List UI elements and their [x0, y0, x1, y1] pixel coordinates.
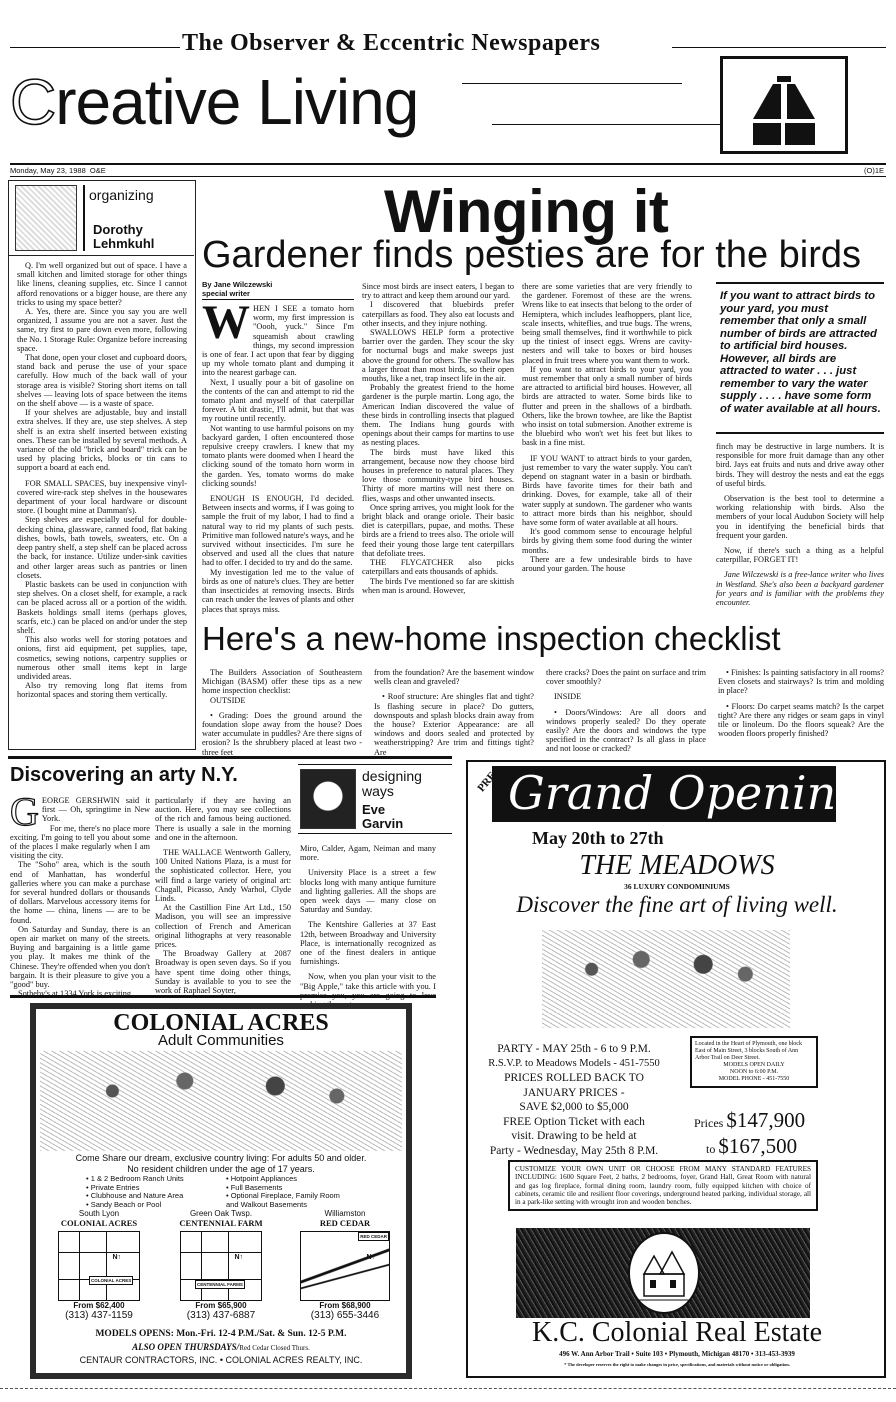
paragraph: Also try removing long flat items from h… — [17, 681, 187, 699]
paragraph: Next, I usually pour a bit of gasoline o… — [202, 378, 354, 424]
paragraph: Probably the greatest friend to the home… — [362, 383, 514, 447]
party-line: Party - Wednesday, May 25th 8 P.M. — [474, 1144, 674, 1159]
location-phone: (313) 655-3446 — [288, 1310, 402, 1321]
dropcap-g: G — [10, 796, 39, 828]
checklist-col-3: there cracks? Does the paint on surface … — [546, 668, 706, 754]
party-line: PARTY - MAY 25th - 6 to 9 P.M. — [474, 1042, 674, 1057]
designing-ways-header: designing ways Eve Garvin — [298, 764, 452, 834]
north-arrow-icon: N↑ — [112, 1254, 121, 1261]
author-name: Eve Garvin — [362, 803, 403, 831]
paragraph: I discovered that bluebirds prefer cater… — [362, 300, 514, 328]
prices-label: Prices — [694, 1116, 723, 1130]
paragraph: Observation is the best tool to determin… — [716, 494, 884, 540]
paragraph: The Builders Association of Southeastern… — [202, 668, 362, 696]
opening-dates: May 20th to 27th — [532, 828, 664, 849]
intro-line-1: Come Share our dream, exclusive country … — [36, 1153, 406, 1164]
location-south-lyon: South Lyon COLONIAL ACRES COLONIAL ACRES… — [44, 1209, 154, 1321]
mansion-emblem-icon — [628, 1232, 700, 1314]
colonial-acres-ad[interactable]: COLONIAL ACRES Adult Communities Come Sh… — [30, 1003, 412, 1379]
prices-to: to — [706, 1142, 715, 1156]
organizing-body: Q. I'm well organized but out of space. … — [17, 261, 187, 700]
dateline-rule-top — [10, 163, 886, 165]
arty-col-3: Miro, Calder, Agam, Neiman and many more… — [300, 844, 436, 1009]
winging-subhead: Gardener finds pesties are for the birds — [202, 236, 861, 274]
paragraph: ENOUGH IS ENOUGH, I'd decided. Between i… — [202, 494, 354, 568]
paragraph: On Saturday and Sunday, there is an open… — [10, 925, 150, 989]
title-rule-2 — [492, 124, 720, 125]
colonial-intro: Come Share our dream, exclusive country … — [36, 1153, 406, 1175]
price-high: $167,500 — [718, 1134, 797, 1158]
colonial-hours: MODELS OPENS: Mon.-Fri. 12-4 P.M./Sat. &… — [36, 1329, 406, 1339]
winging-col-2: Since most birds are insect eaters, I be… — [362, 282, 514, 595]
author-note: Jane Wilczewski is a free-lance writer w… — [716, 570, 884, 607]
location-williamston: Williamston RED CEDAR RED CEDAR N↑ From … — [288, 1209, 402, 1321]
location-map: COLONIAL ACRES N↑ — [58, 1231, 140, 1301]
subhead-inside: INSIDE — [546, 692, 706, 701]
location-town: Green Oak Twsp. — [166, 1209, 276, 1218]
creative-living-logo — [720, 56, 848, 154]
masthead-rule-left — [10, 47, 180, 48]
author-first-name: Eve — [362, 803, 403, 817]
checklist-col-4: • Finishes: Is painting satisfactory in … — [718, 668, 884, 738]
feature-item: and Walkout Basements — [226, 1201, 386, 1210]
location-price: From $65,900 — [166, 1301, 276, 1310]
paragraph: The "Soho" area, which is the south end … — [10, 860, 150, 924]
map-marker-label: RED CEDAR — [358, 1232, 389, 1241]
edition-text: O&E — [90, 166, 106, 175]
party-line: SAVE $2,000 to $5,000 — [474, 1100, 674, 1115]
paragraph: This also works well for storing potatoe… — [17, 635, 187, 681]
colonial-thursday: ALSO OPEN THURSDAYS/Red Cedar Closed Thu… — [36, 1342, 406, 1353]
feature-item: • Sandy Beach or Pool — [86, 1201, 226, 1210]
meadows-tagline: Discover the fine art of living well. — [468, 892, 886, 918]
party-line: PRICES ROLLED BACK TO — [474, 1071, 674, 1086]
location-town: South Lyon — [44, 1209, 154, 1218]
location-green-oak: Green Oak Twsp. CENTENNIAL FARM CENTENNI… — [166, 1209, 276, 1321]
map-marker-label: CENTENNIAL FARMS — [195, 1280, 245, 1289]
checklist-item-finishes: • Finishes: Is painting satisfactory in … — [718, 668, 884, 696]
disclaimer: * The developer reserves the right to ma… — [468, 1362, 886, 1367]
location-price: From $68,900 — [288, 1301, 402, 1310]
checklist-col-1: The Builders Association of Southeastern… — [202, 668, 362, 757]
paragraph: particularly if they are having an aucti… — [155, 796, 291, 842]
paragraph: finch may be destructive in large number… — [716, 442, 884, 488]
paragraph: THE FLYCATCHER also picks caterpillars a… — [362, 558, 514, 576]
realtor-address: 496 W. Ann Arbor Trail • Suite 103 • Ply… — [468, 1350, 886, 1358]
dateline-date: Monday, May 23, 1988 O&E — [10, 166, 106, 175]
meadows-name: THE MEADOWS — [468, 850, 886, 882]
paragraph: The Broadway Gallery at 2087 Broadway is… — [155, 949, 291, 995]
subhead-outside: OUTSIDE — [202, 696, 362, 705]
paragraph: Since most birds are insect eaters, I be… — [362, 282, 514, 300]
paragraph: IF YOU WANT to attract birds to your gar… — [522, 454, 692, 528]
winging-col-1: W HEN I SEE a tomato horn worm, my first… — [202, 304, 354, 614]
paragraph: Step shelves are especially useful for d… — [17, 515, 187, 579]
thursday-label: ALSO OPEN THURSDAYS/ — [132, 1342, 239, 1352]
page-number: (O)1E — [864, 166, 884, 175]
paragraph: The birds I've mentioned so far are skit… — [362, 577, 514, 595]
meadows-ad[interactable]: Grand Opening PRE May 20th to 27th THE M… — [466, 760, 886, 1378]
paragraph: University Place is a street a few block… — [300, 868, 436, 914]
north-arrow-icon: N↑ — [366, 1254, 375, 1261]
checklist-headline: Here's a new-home inspection checklist — [202, 622, 781, 655]
checklist-item-doors: • Doors/Windows: Are all doors and windo… — [546, 708, 706, 754]
paragraph: Now, if there's such a thing as a helpfu… — [716, 546, 884, 564]
organizing-column: organizing Dorothy Lehmkuhl Q. I'm well … — [8, 180, 196, 750]
house-icon — [723, 59, 845, 151]
column-label-line-2: ways — [362, 784, 422, 799]
paragraph: A. Yes, there are. Since you say you are… — [17, 307, 187, 353]
meadows-units: 36 LUXURY CONDOMINIUMS — [468, 882, 886, 891]
north-arrow-icon: N↑ — [234, 1254, 243, 1261]
paragraph: There are a few undesirable birds to hav… — [522, 555, 692, 573]
mansion-icon — [630, 1234, 698, 1312]
price-range-high: to $167,500 — [706, 1134, 797, 1159]
section-title-rest: reative Living — [55, 66, 418, 138]
paragraph: Q. I'm well organized but out of space. … — [17, 261, 187, 307]
paragraph: That done, open your closet and cupboard… — [17, 353, 187, 408]
byline-name: By Jane Wilczewski — [202, 280, 352, 289]
location-phone: (313) 437-1159 — [44, 1310, 154, 1321]
location-box: Located in the Heart of Plymouth, one bl… — [690, 1036, 818, 1088]
paragraph: The birds must have liked this arrangeme… — [362, 448, 514, 503]
paragraph: there are some varieties that are very f… — [522, 282, 692, 365]
paragraph: THE WALLACE Wentworth Gallery, 100 Unite… — [155, 848, 291, 903]
location-text: Located in the Heart of Plymouth, one bl… — [695, 1041, 813, 1062]
map-marker-label: COLONIAL ACRES — [89, 1276, 133, 1285]
paragraph: Not wanting to use harmful poisons on my… — [202, 424, 354, 488]
colonial-companies: CENTAUR CONTRACTORS, INC. • COLONIAL ACR… — [36, 1355, 406, 1365]
paragraph: FOR SMALL SPACES, buy inexpensive vinyl-… — [17, 479, 187, 516]
author-name: Dorothy Lehmkuhl — [93, 223, 154, 251]
checklist-col-2: from the foundation? Are the basement wi… — [374, 668, 534, 757]
masthead-rule-right — [672, 47, 886, 48]
author-portrait-garvin — [300, 769, 356, 829]
arty-col-1: G EORGE GERSHWIN said it first — Oh, spr… — [10, 796, 150, 998]
checklist-item-grading: • Grading: Does the ground around the fo… — [202, 711, 362, 757]
section-title: Creative Living — [10, 70, 418, 134]
party-line: JANUARY PRICES - — [474, 1086, 674, 1101]
author-portrait-lehmkuhl — [15, 185, 77, 251]
features-right: • Hotpoint Appliances • Full Basements •… — [226, 1175, 386, 1209]
model-phone: MODEL PHONE - 451-7550 — [695, 1076, 813, 1083]
grand-opening-banner: Grand Opening — [492, 766, 836, 822]
paragraph: The Kentshire Galleries at 37 East 12th,… — [300, 920, 436, 966]
pullquote-rule-bottom — [716, 432, 884, 434]
location-phone: (313) 437-6887 — [166, 1310, 276, 1321]
realtor-name: K.C. Colonial Real Estate — [468, 1318, 886, 1348]
paragraph: My investigation led me to the value of … — [202, 568, 354, 614]
header-divider — [83, 185, 85, 251]
page-bottom-edge — [0, 1388, 896, 1389]
dropcap-w: W — [202, 304, 250, 342]
paragraph: Plastic baskets can be used in conjuncti… — [17, 580, 187, 635]
features-box: CUSTOMIZE YOUR OWN UNIT OR CHOOSE FROM M… — [508, 1160, 818, 1211]
paragraph: It's good commom sense to encourage help… — [522, 527, 692, 555]
paragraph: there cracks? Does the paint on surface … — [546, 668, 706, 686]
condominium-illustration — [542, 930, 790, 1028]
arty-rule-bottom — [10, 995, 436, 998]
date-text: Monday, May 23, 1988 — [10, 166, 86, 175]
ranch-house-illustration — [40, 1051, 402, 1151]
party-line: FREE Option Ticket with each — [474, 1115, 674, 1130]
author-first-name: Dorothy — [93, 223, 154, 237]
party-line: visit. Drawing to be held at — [474, 1129, 674, 1144]
column-label-line-1: designing — [362, 769, 422, 784]
models-hours-2: NOON to 6:00 P.M. — [695, 1069, 813, 1076]
paragraph: If you want to attract birds to your yar… — [522, 365, 692, 448]
author-last-name: Garvin — [362, 817, 403, 831]
pull-quote: If you want to attract birds to your yar… — [720, 290, 882, 415]
organizing-header: organizing Dorothy Lehmkuhl — [9, 181, 194, 256]
features-left: • 1 & 2 Bedroom Ranch Units • Private En… — [86, 1175, 226, 1209]
title-rule-1 — [462, 83, 682, 84]
paragraph: If your shelves are adjustable, buy and … — [17, 408, 187, 472]
winging-headline: Winging it — [384, 182, 668, 242]
paragraph: from the foundation? Are the basement wi… — [374, 668, 534, 686]
arty-rule-top — [8, 756, 452, 759]
location-map: CENTENNIAL FARMS N↑ — [180, 1231, 262, 1301]
thursday-note: Red Cedar Closed Thurs. — [239, 1344, 310, 1352]
column-label: organizing — [89, 187, 154, 203]
location-name: COLONIAL ACRES — [44, 1218, 154, 1228]
winging-col-3: there are some varieties that are very f… — [522, 282, 692, 573]
column-label: designing ways — [362, 769, 422, 799]
checklist-item-floors: • Floors: Do carpet seams match? Is the … — [718, 702, 884, 739]
checklist-item-roof: • Roof structure: Are shingles flat and … — [374, 692, 534, 756]
location-name: RED CEDAR — [288, 1218, 402, 1228]
location-map: RED CEDAR N↑ — [300, 1231, 390, 1301]
location-price: From $62,400 — [44, 1301, 154, 1310]
colonial-subtitle: Adult Communities — [36, 1033, 406, 1049]
dateline-rule-bottom — [10, 176, 886, 177]
paragraph: Miro, Calder, Agam, Neiman and many more… — [300, 844, 436, 862]
paragraph: SWALLOWS HELP form a protective barrier … — [362, 328, 514, 383]
location-name: CENTENNIAL FARM — [166, 1218, 276, 1228]
pullquote-rule-top — [716, 282, 884, 284]
paragraph: Once spring arrives, you might look for … — [362, 503, 514, 558]
winging-col-4: finch may be destructive in large number… — [716, 442, 884, 607]
models-hours-1: MODELS OPEN DAILY — [695, 1062, 813, 1069]
arty-col-2: particularly if they are having an aucti… — [155, 796, 291, 995]
author-last-name: Lehmkuhl — [93, 237, 154, 251]
party-info: PARTY - MAY 25th - 6 to 9 P.M. R.S.V.P. … — [474, 1042, 674, 1158]
real-estate-banner — [516, 1228, 810, 1318]
price-range: Prices $147,900 — [694, 1108, 805, 1133]
party-line: R.S.V.P. to Meadows Models - 451-7550 — [474, 1057, 674, 1072]
paragraph: At the Castillion Fine Art Ltd., 150 Mad… — [155, 903, 291, 949]
arty-headline: Discovering an arty N.Y. — [10, 764, 238, 787]
publication-name: The Observer & Eccentric Newspapers — [182, 30, 600, 57]
section-title-initial: C — [10, 66, 55, 138]
price-low: $147,900 — [726, 1108, 805, 1132]
location-town: Williamston — [288, 1209, 402, 1218]
